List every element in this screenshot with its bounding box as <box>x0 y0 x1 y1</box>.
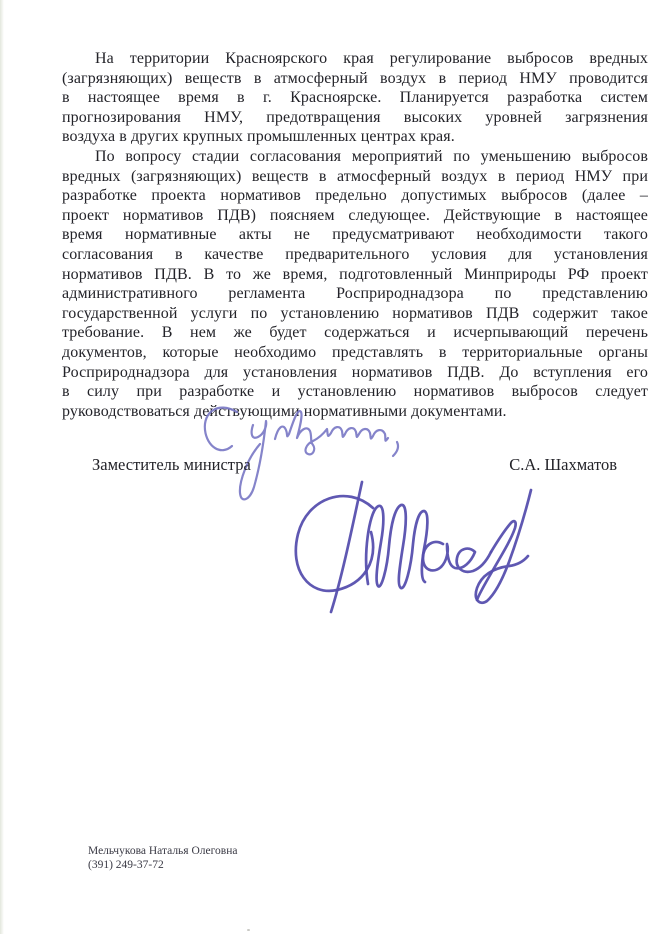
signature-scribble <box>283 474 543 619</box>
paragraph-line: Росприроднадзора для установления нормат… <box>62 363 648 383</box>
scan-speck <box>247 929 250 931</box>
scan-edge-shadow <box>0 0 4 934</box>
paragraph-line: в настоящее время в г. Красноярске. План… <box>62 88 648 108</box>
signature-stroke <box>423 542 491 572</box>
executor-contact: Мельчукова Наталья Олеговна (391) 249-37… <box>88 845 237 872</box>
signature-block: Заместитель министра С.А. Шахматов <box>62 455 648 475</box>
paragraph-line: время нормативные акты не предусматриваю… <box>62 225 648 245</box>
signature-stroke <box>296 496 373 591</box>
signature-stroke <box>366 505 427 588</box>
paragraph-line: требование. В нем же будет содержаться и… <box>62 323 648 343</box>
handwriting-stroke <box>205 408 237 451</box>
handwriting-stroke <box>275 411 388 454</box>
paragraph-line: административного регламента Росприродна… <box>62 284 648 304</box>
signer-name: С.А. Шахматов <box>509 455 617 475</box>
paragraph-line: На территории Красноярского края регулир… <box>62 49 648 69</box>
executor-phone: (391) 249-37-72 <box>88 859 237 873</box>
paragraph-line: вредных (загрязняющих) веществ в атмосфе… <box>62 167 648 187</box>
letter-body: На территории Красноярского края регулир… <box>62 49 648 421</box>
paragraph-line: документов, которые необходимо представл… <box>62 343 648 363</box>
scanned-letter-page: На территории Красноярского края регулир… <box>0 0 657 934</box>
paragraph-line: проект нормативов ПДВ) поясняем следующе… <box>62 206 648 226</box>
paragraph-line: государственной услуги по установлению н… <box>62 304 648 324</box>
executor-name: Мельчукова Наталья Олеговна <box>88 845 237 859</box>
handwriting-stroke <box>393 442 398 456</box>
signature-stroke <box>331 482 362 612</box>
paragraph-line: прогнозирования НМУ, предотвращения высо… <box>62 108 648 128</box>
paragraph-line: разработке проекта нормативов предельно … <box>62 186 648 206</box>
paragraph-line: согласования в качестве предварительного… <box>62 245 648 265</box>
paragraph-line: воздуха в других крупных промышленных це… <box>62 127 648 147</box>
paragraph-line: нормативов ПДВ. В то же время, подготовл… <box>62 265 648 285</box>
paragraph-line: По вопросу стадии согласования мероприят… <box>62 147 648 167</box>
paragraph-line: (загрязняющих) веществ в атмосферный воз… <box>62 69 648 89</box>
signer-title: Заместитель министра <box>92 455 251 475</box>
